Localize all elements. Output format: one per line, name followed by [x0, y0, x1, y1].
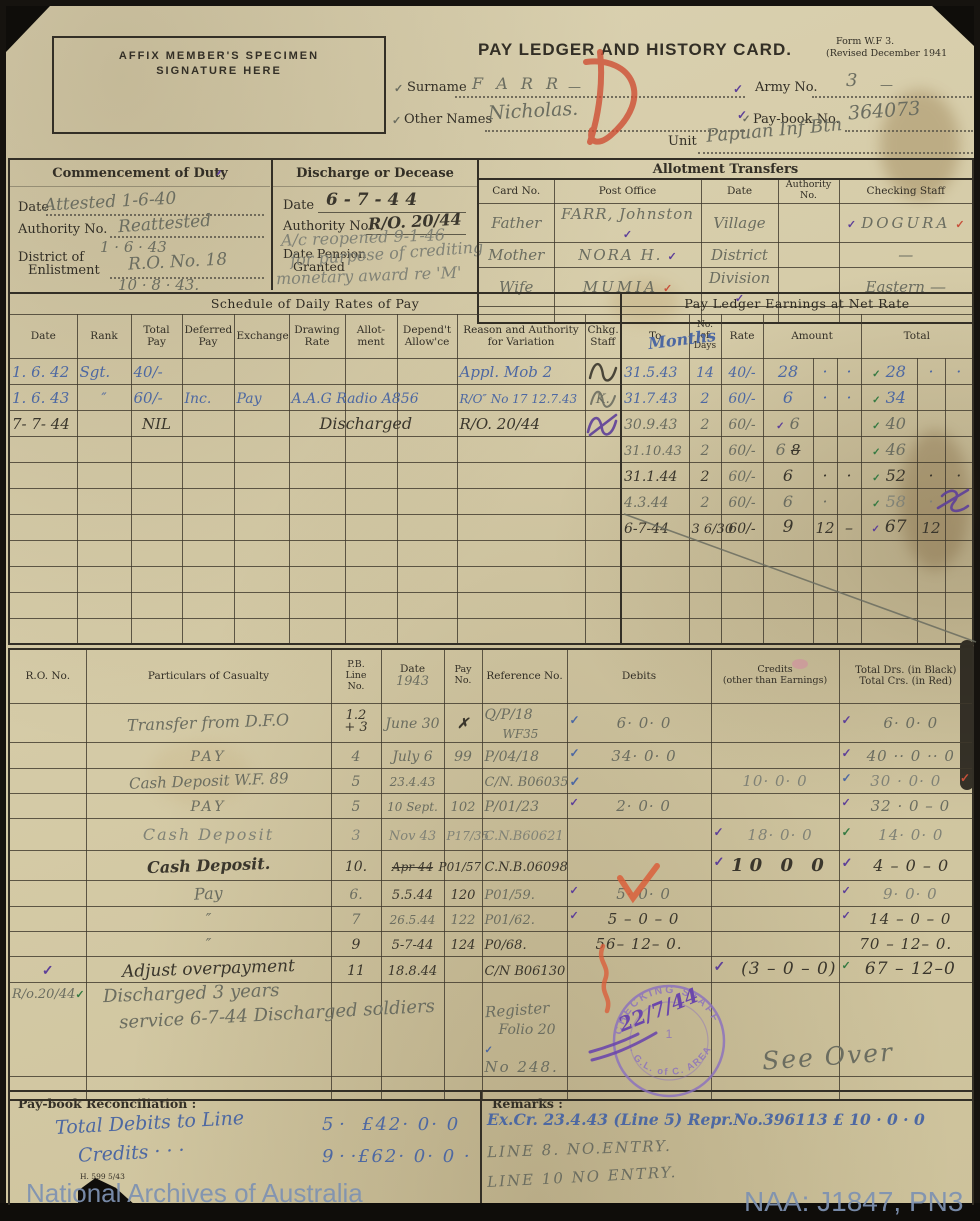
discharge-title: Discharge or Decease — [273, 166, 477, 181]
reconciliation-l1c: £42· 0· 0 — [362, 1114, 460, 1135]
table-row: R.O. No. Particulars of Casualty P.B. Li… — [9, 649, 973, 703]
check-mark: ✓ — [842, 825, 852, 839]
check-mark: ✓ — [872, 447, 880, 458]
amount: 6 — [783, 388, 793, 407]
check-mark: ✓ — [842, 909, 851, 922]
reference: Q/P/18 — [485, 707, 533, 723]
table-row: ✓ Adjust overpayment 11 18.8.44 C/N B061… — [9, 956, 973, 982]
allotments-title: Allotment Transfers — [479, 162, 972, 177]
pb-line: 7 — [352, 912, 361, 928]
register-ref-1: Register — [484, 998, 549, 1020]
col-header: Total Pay — [131, 314, 182, 358]
to-date: 30.9.43 — [624, 417, 677, 433]
date: July 6 — [392, 749, 432, 765]
check-mark: ✓ — [872, 395, 880, 406]
col-header: Post Office — [554, 179, 701, 203]
date: 5-7-44 — [392, 938, 434, 953]
check-mark: ✓ — [714, 855, 725, 870]
table-row: Cash Deposit. 10. Apr 44 P01/57 C.N.B.06… — [9, 850, 973, 880]
pay-no: 99 — [454, 749, 472, 765]
check-mark: ✓ — [42, 963, 54, 979]
rate: 40/- — [728, 365, 755, 381]
num: 2 — [701, 443, 710, 459]
to-date: 31.10.43 — [624, 444, 682, 459]
table-row: Mother NORA H. ✓ District — — [478, 242, 973, 267]
purple-tick: ’ — [216, 168, 222, 188]
amount: 6 — [790, 414, 800, 433]
unit-line — [698, 152, 973, 154]
check-mark: ✓ — [733, 82, 743, 96]
other-names-label: Other Names — [404, 112, 492, 127]
discharge-date-label: Date — [283, 198, 314, 213]
check-mark: ✓ — [623, 228, 632, 241]
pay-ledger-card-scan: AFFIX MEMBER'S SPECIMEN SIGNATURE HERE P… — [0, 0, 980, 1221]
total-d: · — [956, 362, 961, 381]
col-header: P.B. Line No. — [331, 649, 381, 703]
card-no: Mother — [488, 246, 544, 264]
register-ref-3: No 248. — [485, 1058, 559, 1076]
debit: 5 – 0 – 0 — [608, 910, 680, 928]
to-date: 6-7-44 — [624, 521, 669, 537]
army-no-line — [812, 96, 972, 98]
date: 26.5.44 — [390, 913, 436, 927]
reason: R/O. 20/44 — [460, 415, 541, 433]
col-header: Credits (other than Earnings) — [711, 649, 839, 703]
checking-staff: — — [898, 246, 913, 264]
check-mark: ✓ — [842, 746, 852, 760]
total: 14· 0· 0 — [878, 826, 943, 844]
table-row: Card No. Post Office Date Authority No. … — [478, 179, 973, 203]
commencement-title: Commencement of Duty — [10, 166, 270, 181]
form-revision: (Revised December 1941 — [826, 48, 978, 59]
rate: 60/- — [728, 495, 755, 511]
table-row: 7- 7- 44 NIL Discharged R/O. 20/44 — [9, 410, 621, 436]
divider — [480, 1090, 482, 1203]
pb-line: 6. — [349, 887, 362, 903]
check-mark: ✓ — [960, 771, 970, 785]
checking-staff: DOGURA — [861, 214, 950, 232]
particulars: Cash Deposit — [143, 825, 274, 844]
deferred: Inc. — [185, 391, 212, 407]
table-row: 31.1.44 2 60/- 6 · · ✓ 52 · · — [621, 462, 973, 488]
pay-no: 120 — [451, 888, 476, 903]
particulars-line1: Discharged 3 years — [102, 979, 279, 1006]
col-header: Reason and Authority for Variation — [457, 314, 585, 358]
date: 10 Sept. — [387, 800, 438, 814]
col-header: Debits — [567, 649, 711, 703]
reference: C/N B06130 — [485, 964, 566, 979]
total: 52 — [886, 466, 906, 485]
pay-no: ✗ — [457, 716, 469, 732]
check-mark: ✓ — [714, 959, 726, 975]
reference: C/N. B06035 — [485, 775, 569, 790]
total: 34 — [886, 388, 906, 407]
pb-line: 5 — [352, 799, 361, 815]
check-mark: ✓ — [570, 909, 579, 922]
rule — [10, 186, 270, 187]
rate: 60/- — [728, 443, 755, 459]
col-header: Authority No. — [778, 179, 839, 203]
amount-d: · — [846, 362, 851, 381]
check-mark: ✓ — [872, 499, 880, 510]
reference: C.N.B.06098 — [485, 860, 568, 875]
total-pay: 60/- — [134, 389, 163, 407]
debit: 34· 0· 0 — [611, 747, 676, 765]
drawing-rate: Discharged — [320, 414, 413, 433]
date: 1. 6. 43 — [12, 389, 69, 407]
particulars: Pay — [194, 883, 224, 903]
rate: 60/- — [728, 391, 755, 407]
table-row: ″ 9 5-7-44 124 P0/68. 56– 12– 0. 70 – 12… — [9, 931, 973, 956]
check-mark: ✓ — [847, 218, 856, 231]
exchange: Pay — [237, 391, 262, 407]
amount: 6 — [776, 440, 786, 459]
amount-s: · — [822, 466, 827, 485]
total-d: · — [956, 466, 961, 485]
particulars: Cash Deposit. — [147, 853, 271, 876]
credit: 18· 0· 0 — [747, 826, 812, 844]
table-row: Father FARR, Johnston ✓ Village ✓ DOGURA… — [478, 203, 973, 242]
debit: 2· 0· 0 — [616, 797, 671, 815]
casualty-table: R.O. No. Particulars of Casualty P.B. Li… — [8, 648, 974, 1101]
check-mark: ✓ — [842, 884, 851, 897]
num: 14 — [696, 365, 714, 381]
total: 40 — [886, 414, 906, 433]
reconciliation-l2b: 9 · · — [322, 1146, 356, 1167]
date: 23.4.43 — [390, 775, 436, 789]
date-struck: Apr 44 — [392, 860, 433, 874]
reference: P/01/23 — [485, 799, 539, 815]
credit: 10 0 0 — [731, 855, 830, 876]
reason: R/O″ No 17 12.7.43 — [460, 392, 578, 406]
particulars: PAY — [191, 799, 227, 815]
col-header: Drawing Rate — [289, 314, 345, 358]
total: 14 – 0 – 0 — [869, 910, 951, 928]
reconciliation-label: Pay-book Reconciliation : — [18, 1096, 196, 1111]
col-header: Card No. — [478, 179, 554, 203]
pay-no: P17/35 — [447, 829, 490, 843]
total-s: 12 — [921, 519, 940, 537]
reconciliation-l1b: 5 · — [322, 1114, 345, 1135]
table-row: 31.10.43 2 60/- 6 8 ✓ 46 — [621, 436, 973, 462]
register-ref-2: Folio 20 — [499, 1022, 556, 1038]
check-mark: ✓ — [75, 988, 84, 1001]
remarks-line1: Ex.Cr. 23.4.43 (Line 5) Repr.No.396113 £… — [487, 1110, 925, 1129]
paybook-line — [845, 130, 973, 132]
to-date: 4.3.44 — [624, 495, 669, 511]
check-mark: ✓ — [872, 473, 880, 484]
amount: 6 — [783, 492, 793, 511]
card-no: Father — [491, 214, 541, 232]
total: 6· 0· 0 — [883, 714, 938, 732]
credit: (3 – 0 – 0) — [741, 959, 836, 979]
reference-2: WF35 — [503, 727, 539, 741]
total: 67 – 12–0 — [865, 959, 956, 979]
amount-d: · — [846, 466, 851, 485]
table-row: 31.5.43 14 40/- 28 · · ✓ 28 · · — [621, 358, 973, 384]
date: 5.5.44 — [392, 888, 433, 903]
col-header: Chkg. Staff — [585, 314, 621, 358]
rank: Sgt. — [80, 363, 111, 381]
check-mark: ✓ — [776, 421, 784, 432]
reference: P/04/18 — [485, 749, 539, 765]
pb-line: 10. — [345, 859, 367, 875]
reference: P01/59. — [485, 888, 535, 903]
col-header: Date — [9, 314, 77, 358]
num: 2 — [701, 469, 710, 485]
to-date: 31.5.43 — [624, 365, 677, 381]
check-mark: ✓ — [570, 796, 579, 809]
particulars: Cash Deposit W.F. 89 — [128, 769, 288, 793]
post-office: NORA H. — [578, 246, 662, 264]
table-row: PAY 5 10 Sept. 102 P/01/23 ✓2· 0· 0 ✓32 … — [9, 793, 973, 818]
table-row: Date Rank Total Pay Deferred Pay Exchang… — [9, 314, 621, 358]
form-number: Form W.F 3. — [836, 36, 976, 47]
col-header: Total — [861, 314, 973, 358]
schedule-title: Schedule of Daily Rates of Pay — [9, 293, 621, 314]
total: 70 – 12– 0. — [859, 935, 952, 953]
col-header: Allot- ment — [345, 314, 397, 358]
amount-d: · — [846, 388, 851, 407]
army-no-label: Army No. — [755, 80, 818, 95]
total-s: · — [928, 466, 933, 485]
amount-s: 12 — [816, 519, 835, 537]
amount-s: · — [822, 362, 827, 381]
remarks-label: Remarks : — [492, 1096, 563, 1111]
pb-line: 3 — [352, 828, 361, 844]
col-header: Deferred Pay — [182, 314, 234, 358]
total: 30 · 0· 0 — [870, 772, 941, 790]
check-mark: ✓ — [842, 771, 852, 785]
date-value: District — [711, 246, 768, 264]
pb-line: 9 — [352, 937, 361, 953]
table-row: 30.9.43 2 60/- ✓ 6 ✓ 40 — [621, 410, 973, 436]
reference: P0/68. — [485, 938, 527, 953]
table-row: 4.3.44 2 60/- 6 · ✓ 58 · — [621, 488, 973, 514]
pb-line: 4 — [352, 749, 361, 765]
total-s: · — [928, 362, 933, 381]
col-header: Particulars of Casualty — [86, 649, 331, 703]
table-row: ″ 7 26.5.44 122 P01/62. ✓5 – 0 – 0 ✓14 –… — [9, 906, 973, 931]
table-row: 1. 6. 43 ″ 60/- Inc. Pay A.A.G Radio A85… — [9, 384, 621, 410]
other-names-value: Nicholas. — [487, 98, 578, 125]
check-mark: ✓ — [570, 746, 580, 760]
credit: 10· 0· 0 — [742, 772, 807, 790]
reference: C.N.B60621 — [485, 829, 564, 844]
pb-line: 1.2 + 3 — [344, 710, 367, 735]
commencement-authority-label: Authority No. — [18, 222, 107, 237]
table-row: 1. 6. 42 Sgt. 40/- Appl. Mob 2 — [9, 358, 621, 384]
pay-no: 122 — [451, 913, 476, 928]
total-pay: NIL — [142, 415, 171, 433]
check-mark: ✓ — [668, 250, 677, 263]
discharge-date-value: 6 - 7 - 4 4 — [326, 190, 417, 210]
total: 58 — [886, 492, 906, 511]
check-mark: ✓ — [955, 218, 964, 231]
table-row: Cash Deposit 3 Nov 43 P17/35 C.N.B60621 … — [9, 818, 973, 850]
pay-no: P01/57 — [439, 860, 482, 874]
col-header: Total Drs. (in Black) Total Crs. (in Red… — [839, 649, 973, 703]
rate: 60/- — [728, 469, 755, 485]
table-row: 31.7.43 2 60/- 6 · · ✓ 34 — [621, 384, 973, 410]
ro-no: R/o.20/44 — [12, 987, 75, 1002]
schedule-table: Schedule of Daily Rates of Pay Date Rank… — [8, 292, 622, 645]
rule — [273, 186, 477, 187]
col-header: Reference No. — [482, 649, 567, 703]
check-mark: ✓ — [392, 114, 401, 127]
particulars: ″ — [206, 910, 212, 928]
amount: 28 — [778, 362, 798, 381]
date: June 30 — [385, 716, 439, 732]
earnings-title: Pay Ledger Earnings at Net Rate — [621, 293, 973, 314]
pen-dash: — — [568, 80, 581, 95]
col-header: Rank — [77, 314, 131, 358]
table-row: Transfer from D.F.O 1.2 + 3 June 30 ✗ Q/… — [9, 703, 973, 742]
total: 9· 0· 0 — [883, 885, 938, 903]
to-date: 31.7.43 — [624, 391, 677, 407]
check-mark: ✓ — [872, 421, 880, 432]
check-mark: ✓ — [842, 796, 851, 809]
check-mark: ✓ — [872, 369, 880, 380]
surname-value: F A R R — [472, 74, 562, 93]
pb-line: 11 — [347, 963, 365, 979]
debit: 5· 0· 0 — [616, 885, 671, 903]
num: 3 6/30 — [692, 522, 734, 537]
date: 18.8.44 — [388, 964, 438, 979]
reference: P01/62. — [485, 913, 535, 928]
col-header: Amount — [763, 314, 861, 358]
chkg-staff: K. — [596, 392, 610, 407]
year-note: 1943 — [396, 674, 429, 689]
amount-s: · — [822, 492, 827, 511]
post-office: FARR, Johnston — [561, 205, 694, 223]
check-mark: ✓ — [394, 82, 403, 95]
total-s: · — [928, 492, 933, 511]
check-mark: ✓ — [842, 713, 852, 727]
particulars: ″ — [206, 935, 212, 953]
archive-watermark-right: NAA: J1847, PN3 — [744, 1186, 963, 1218]
amount-s: · — [822, 388, 827, 407]
rank: ″ — [101, 391, 106, 407]
amount-d: – — [845, 518, 853, 537]
num: 2 — [701, 417, 710, 433]
date-value: Village — [713, 214, 765, 232]
rate: 60/- — [728, 521, 755, 537]
table-row: PAY 4 July 6 99 P/04/18 ✓34· 0· 0 ✓40 ··… — [9, 742, 973, 768]
total: 67 — [885, 517, 907, 537]
signature-box: AFFIX MEMBER'S SPECIMEN SIGNATURE HERE — [52, 36, 386, 134]
num: 2 — [701, 495, 710, 511]
pen-dash: — — [880, 78, 893, 93]
date-value: Division — [709, 269, 770, 287]
date: Nov 43 — [389, 829, 436, 844]
signature-box-line1: AFFIX MEMBER'S SPECIMEN — [54, 50, 384, 62]
debit: 56– 12– 0. — [595, 935, 682, 953]
amount: 9 — [783, 517, 794, 537]
army-no-value: 3 — [846, 70, 857, 91]
col-header: Date — [701, 179, 778, 203]
archive-watermark-left: National Archives of Australia — [26, 1178, 363, 1209]
rate: 60/- — [728, 417, 755, 433]
col-header: Depend't Allow'ce — [397, 314, 457, 358]
date: 1. 6. 42 — [12, 363, 69, 381]
reconciliation-l2c: £62· 0· 0 · — [358, 1146, 472, 1167]
num: 2 — [701, 391, 710, 407]
date: 7- 7- 44 — [12, 415, 70, 433]
reason: Appl. Mob 2 — [460, 363, 553, 381]
unit-label: Unit — [668, 134, 697, 149]
col-header: Pay No. — [444, 649, 482, 703]
check-mark: ✓ — [842, 959, 851, 972]
amount: 6 — [783, 466, 793, 485]
check-mark: ✓ — [871, 524, 879, 535]
check-mark: ✓ — [570, 713, 580, 727]
total: 28 — [886, 362, 906, 381]
struck-digit: 8 — [791, 441, 801, 459]
total: 32 · 0 – 0 — [871, 797, 951, 815]
check-mark: ✓ — [570, 884, 579, 897]
district-label-2: Enlistment — [28, 263, 100, 278]
particulars: PAY — [191, 749, 227, 765]
to-date: 31.1.44 — [624, 469, 677, 485]
page-title: PAY LEDGER AND HISTORY CARD. — [470, 40, 800, 60]
check-mark: ✓ — [485, 1045, 493, 1056]
table-row: 6-7-44 3 6/30 60/- 9 12 – ✓ 67 12 — [621, 514, 973, 540]
check-mark: ✓ — [842, 856, 853, 871]
pay-no: 124 — [451, 938, 476, 953]
col-header: Exchange — [234, 314, 289, 358]
surname-label: Surname — [407, 80, 467, 95]
col-header: R.O. No. — [9, 649, 86, 703]
total: 46 — [886, 440, 906, 459]
total-pay: 40/- — [134, 363, 163, 381]
drawing-rate: A.A.G Radio A856 — [292, 391, 419, 407]
check-mark: ✓ — [714, 825, 724, 839]
pb-line: 5 — [352, 774, 361, 790]
table-row: Cash Deposit W.F. 89 5 23.4.43 C/N. B060… — [9, 768, 973, 793]
surname-line — [455, 96, 745, 98]
debit: 6· 0· 0 — [617, 714, 672, 732]
total: 4 – 0 – 0 — [873, 856, 949, 875]
signature-box-line2: SIGNATURE HERE — [54, 65, 384, 77]
particulars: Adjust overpayment — [122, 956, 296, 982]
pay-no: 102 — [451, 800, 476, 815]
col-header: Rate — [721, 314, 763, 358]
col-header: Checking Staff — [839, 179, 973, 203]
check-mark: ✓ — [570, 775, 581, 790]
particulars: Transfer from D.F.O — [127, 710, 290, 735]
total: 40 ·· 0 ·· 0 — [867, 747, 955, 765]
table-row: Pay 6. 5.5.44 120 P01/59. ✓5· 0· 0 ✓9· 0… — [9, 880, 973, 906]
